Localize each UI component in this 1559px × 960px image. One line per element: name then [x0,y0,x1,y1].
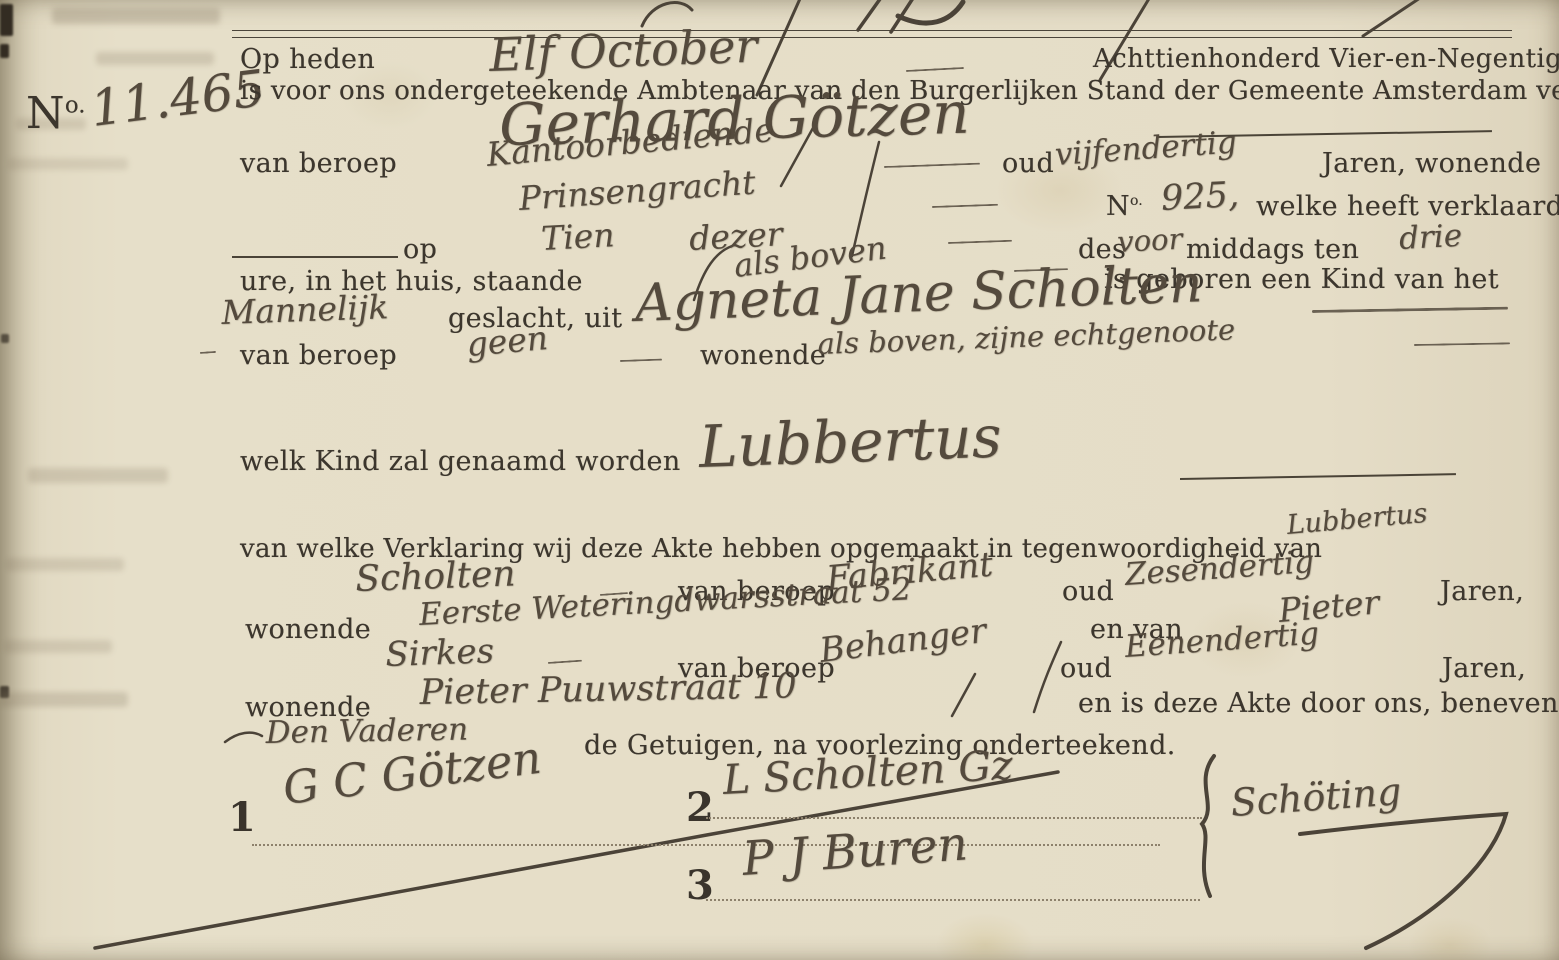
witness1-wonende-label: wonende [245,616,371,643]
house-no-n: N [1106,191,1130,222]
en-is-label: en is deze Akte door ons, benevens [1078,690,1559,717]
binding-edge-mark [1,334,9,343]
mother-residence-dash [1414,342,1510,346]
street-dash [932,204,998,208]
op-label: op [403,236,437,263]
mother-wonende-label: wonende [700,342,826,369]
bleedthrough-smudge [96,52,214,65]
signature-brace [1202,756,1214,896]
occupation-dash [884,163,980,168]
official-signature: Schöting [1229,772,1402,822]
header-rule-bottom [232,37,1512,38]
child-gender: Mannelijk [221,290,389,329]
mother-van-beroep-label: van beroep [240,342,397,369]
house-number: 925, [1160,178,1240,217]
mother-occupation: geen [465,321,549,361]
witness2-dash [548,660,582,664]
birth-hour: drie [1398,221,1462,255]
child-name-line [1180,473,1456,480]
witness2-surname: Sirkes [385,634,495,672]
bleedthrough-smudge [4,640,112,653]
birth-day: Tien [540,218,615,255]
oud-label: oud [1002,150,1054,177]
bleedthrough-smudge [8,158,128,170]
signature2-number: 2 [686,788,714,828]
signature2: L Scholten Gz [722,745,1014,801]
jaren-wonende-label: Jaren, wonende [1322,150,1541,177]
day-dash [948,240,1012,244]
signature3: P J Buren [741,820,969,883]
child-name: Lubbertus [698,407,1002,476]
declarant-street: Prinsengracht [518,166,757,215]
witness1-surname: Scholten [355,556,516,598]
child-name-label: welk Kind zal genaamd worden [240,448,681,475]
cutoff-stroke [891,0,917,32]
voor-handwritten: voor [1116,225,1183,257]
house-no-label: No. [1106,193,1143,220]
witness2-jaren-label: Jaren, [1442,655,1526,682]
official-signature-tail [1300,814,1506,948]
blank-line [232,256,398,258]
witness2-oud-label: oud [1060,655,1112,682]
cutoff-swash [898,2,963,23]
van-beroep-label: van beroep [240,150,397,177]
cutoff-stroke [858,0,885,30]
witness1-jaren-label: Jaren, [1440,578,1524,605]
bleedthrough-smudge [6,558,124,571]
address-slash [952,674,975,716]
signature3-dotted-line [706,899,1200,901]
witness2-address: Pieter Puuwstraat 10 [419,669,796,711]
binding-edge-mark [0,4,13,36]
year-printed: Achttienhonderd Vier-en-Negentig, [1093,46,1559,72]
signature1-number: 1 [228,798,256,838]
mother-name-dash [1312,307,1508,313]
date-handwritten: Elf October [488,23,758,78]
date-dash [906,67,964,72]
binding-edge-mark [0,44,9,58]
declaration-label: welke heeft verklaard dat [1256,193,1559,220]
signature1-dotted-line [252,844,1160,846]
header-rule-top [232,30,1512,31]
birth-certificate-scan: No. 11.465 Op heden Elf October Achttien… [0,0,1559,960]
mother-occupation-dash [620,359,662,362]
bleedthrough-smudge [0,692,128,707]
act-number-n: N [26,88,65,139]
witness1-oud-label: oud [1062,578,1114,605]
witness1-firstname: Lubbertus [1286,500,1429,539]
act-number-label: No. [26,92,86,136]
bleedthrough-smudge [28,468,168,483]
bleedthrough-smudge [52,8,220,24]
house-no-sup: o. [1130,193,1143,209]
witness2-occupation: Behanger [818,614,988,668]
declarant-age: vijfendertig [1054,127,1238,171]
act-number-sup: o. [65,92,86,118]
margin-dash [200,351,216,354]
denvaderen-swash [225,733,262,742]
op-heden-label: Op heden [240,46,375,73]
akte-slash [1034,642,1061,712]
middags-ten-label: middags ten [1186,236,1359,263]
